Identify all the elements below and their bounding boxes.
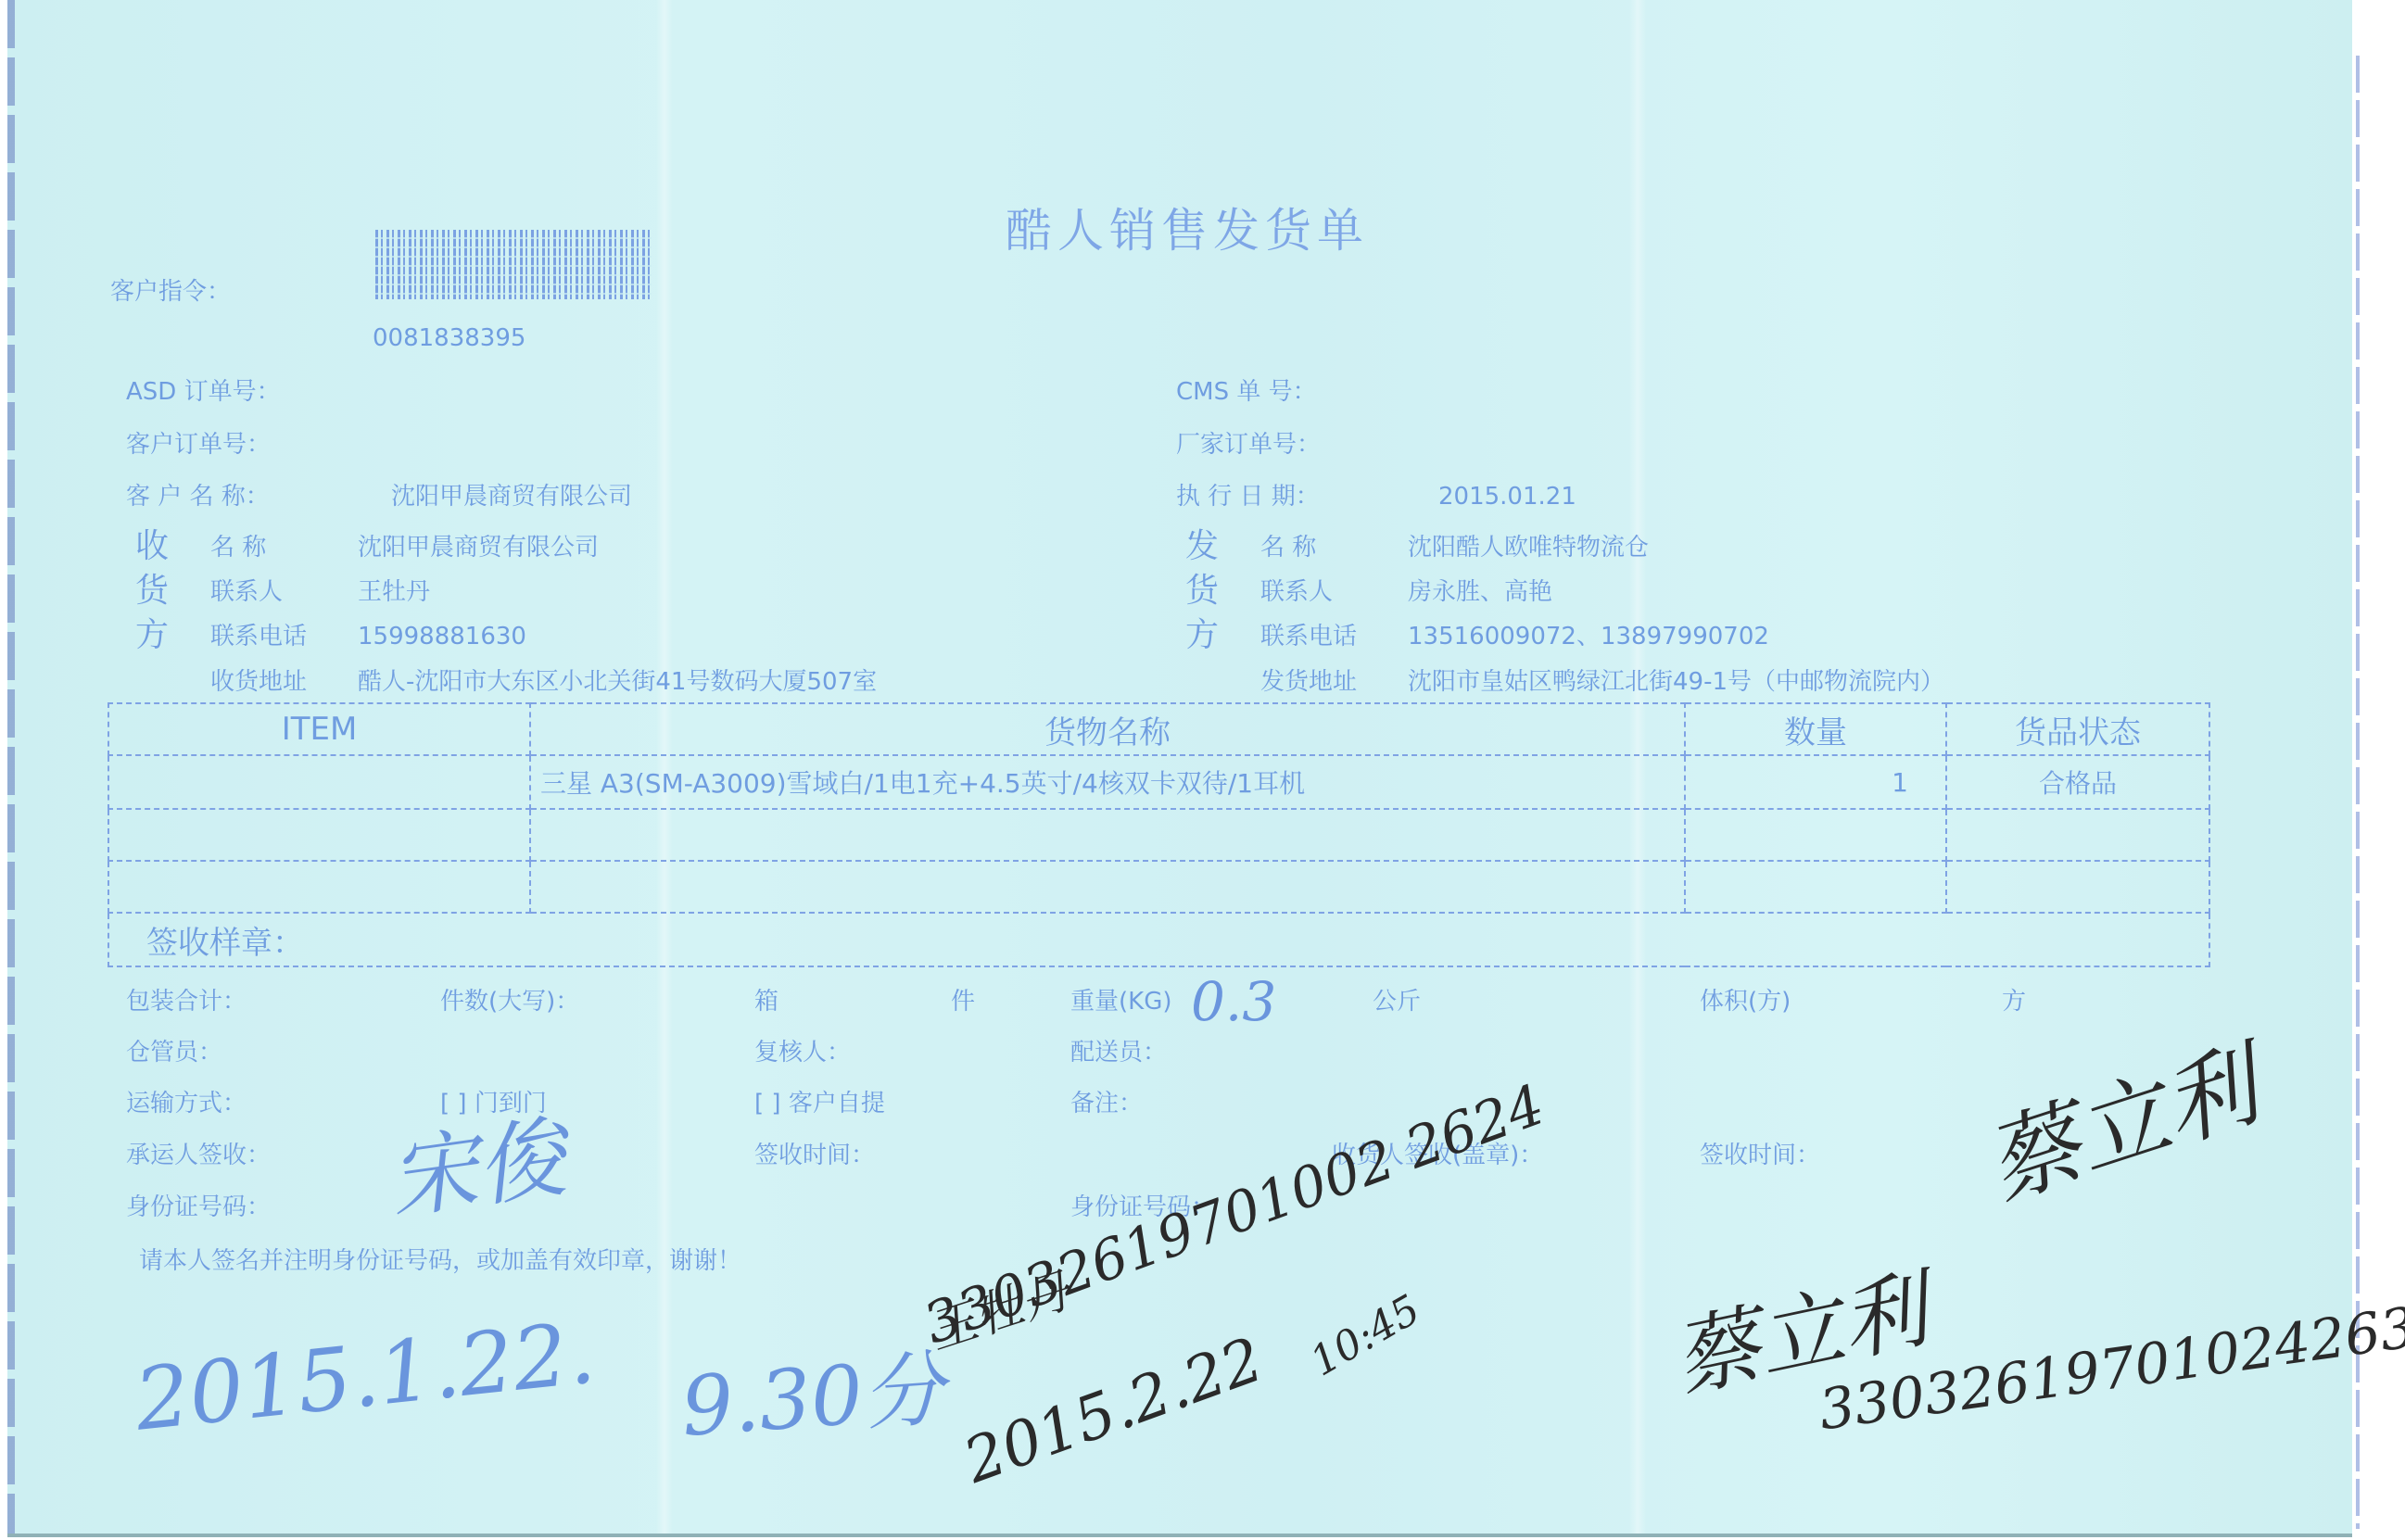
instruction-text: 请本人签名并注明身份证号码，或加盖有效印章，谢谢！ — [139, 1249, 741, 1273]
receiver-name-value: 沈阳甲晨商贸有限公司 — [358, 536, 599, 560]
shipper-phone-value: 13516009072、13897990702 — [1408, 625, 1769, 649]
receiver-sign-time-label: 签收时间： — [1700, 1143, 1820, 1168]
receiver-side-char: 方 — [135, 619, 169, 652]
shipper-phone-label: 联系电话 — [1260, 625, 1357, 649]
cell-item — [108, 755, 530, 809]
shipper-address-value: 沈阳市皇姑区鸭绿江北街49-1号（中邮物流院内） — [1408, 670, 1944, 694]
cell-goods-name — [530, 861, 1685, 913]
cell-goods-name — [530, 809, 1685, 861]
receiver-side-char: 货 — [135, 574, 169, 608]
cell-status — [1946, 861, 2209, 913]
table-row — [108, 809, 2209, 861]
customer-name-value: 沈阳甲晨商贸有限公司 — [391, 485, 632, 509]
volume-label: 体积(方) — [1700, 990, 1791, 1014]
receiver-phone-value: 15998881630 — [358, 625, 526, 649]
cell-status — [1946, 809, 2209, 861]
shipper-contact-value: 房永胜、高艳 — [1408, 580, 1552, 604]
shipper-side-char: 货 — [1185, 574, 1219, 608]
cell-item — [108, 809, 530, 861]
remark-label: 备注： — [1070, 1092, 1143, 1116]
receiver-address-label: 收货地址 — [210, 670, 307, 694]
shipper-address-label: 发货地址 — [1260, 670, 1357, 694]
reviewer-label: 复核人： — [754, 1041, 851, 1065]
receiver-phone-label: 联系电话 — [210, 625, 307, 649]
shipper-side-char: 发 — [1185, 530, 1219, 563]
cell-quantity: 1 — [1685, 755, 1946, 809]
carrier-signature: 宋俊 — [384, 1114, 570, 1226]
carrier-sign-label: 承运人签收： — [126, 1143, 271, 1168]
barcode — [375, 230, 652, 299]
column-header-quantity: 数量 — [1685, 703, 1946, 755]
left-perforation — [7, 0, 15, 1534]
exec-date-label: 执 行 日 期： — [1176, 485, 1320, 509]
table-header-row: ITEM 货物名称 数量 货品状态 — [108, 703, 2209, 755]
package-total-label: 包装合计： — [126, 990, 247, 1014]
column-header-goods-name: 货物名称 — [530, 703, 1685, 755]
cell-goods-name: 三星 A3(SM-A3009)雪域白/1电1充+4.5英寸/4核双卡双待/1耳机 — [530, 755, 1685, 809]
cell-quantity — [1685, 809, 1946, 861]
cms-label: CMS 单 号： — [1176, 380, 1317, 404]
document-title: 酷人销售发货单 — [1006, 208, 1369, 254]
receiver-contact-label: 联系人 — [210, 580, 283, 604]
factory-order-label: 厂家订单号： — [1176, 433, 1321, 457]
column-header-status: 货品状态 — [1946, 703, 2209, 755]
carrier-sign-time: 9.30分 — [678, 1348, 946, 1448]
shipper-name-label: 名 称 — [1260, 536, 1316, 560]
pieces-label: 件数(大写)： — [440, 990, 579, 1014]
transport-label: 运输方式： — [126, 1092, 247, 1116]
option-customer-pickup[interactable]: [ ] 客户自提 — [754, 1092, 885, 1116]
piece-unit: 件 — [951, 990, 975, 1014]
customer-order-label: 客户订单号： — [126, 433, 271, 457]
exec-date-value: 2015.01.21 — [1438, 485, 1576, 509]
shipper-side-char: 方 — [1185, 619, 1219, 652]
weight-label: 重量(KG) — [1070, 990, 1172, 1014]
shipper-name-value: 沈阳酷人欧唯特物流仓 — [1408, 536, 1649, 560]
sign-stamp-row: 签收样章： — [108, 913, 2209, 966]
goods-table: ITEM 货物名称 数量 货品状态 三星 A3(SM-A3009)雪域白/1电1… — [108, 702, 2210, 967]
weight-handwritten: 0.3 — [1191, 975, 1276, 1029]
customer-name-label: 客 户 名 称： — [126, 485, 270, 509]
sign-stamp-label: 签收样章： — [108, 913, 2209, 966]
weight-unit: 公斤 — [1373, 990, 1421, 1014]
cell-quantity — [1685, 861, 1946, 913]
receiver-side-char: 收 — [135, 530, 169, 563]
cell-item — [108, 861, 530, 913]
shipper-contact-label: 联系人 — [1260, 580, 1333, 604]
receiver-name-label: 名 称 — [210, 536, 266, 560]
receiver-address-value: 酷人-沈阳市大东区小北关街41号数码大厦507室 — [358, 670, 877, 694]
customer-instruction-label: 客户指令： — [110, 280, 231, 304]
table-row — [108, 861, 2209, 913]
receiver-contact-value: 王牡丹 — [358, 580, 430, 604]
column-header-item: ITEM — [108, 703, 530, 755]
table-row: 三星 A3(SM-A3009)雪域白/1电1充+4.5英寸/4核双卡双待/1耳机… — [108, 755, 2209, 809]
id-number-label-carrier: 身份证号码： — [126, 1195, 271, 1219]
box-label: 箱 — [754, 990, 778, 1014]
cell-status: 合格品 — [1946, 755, 2209, 809]
barcode-number: 0081838395 — [373, 326, 525, 350]
asd-order-label: ASD 订单号： — [126, 380, 281, 404]
carrier-sign-time-label: 签收时间： — [754, 1143, 875, 1168]
warehouse-keeper-label: 仓管员： — [126, 1041, 222, 1065]
deliverer-label: 配送员： — [1070, 1041, 1167, 1065]
volume-unit: 方 — [2002, 990, 2026, 1014]
